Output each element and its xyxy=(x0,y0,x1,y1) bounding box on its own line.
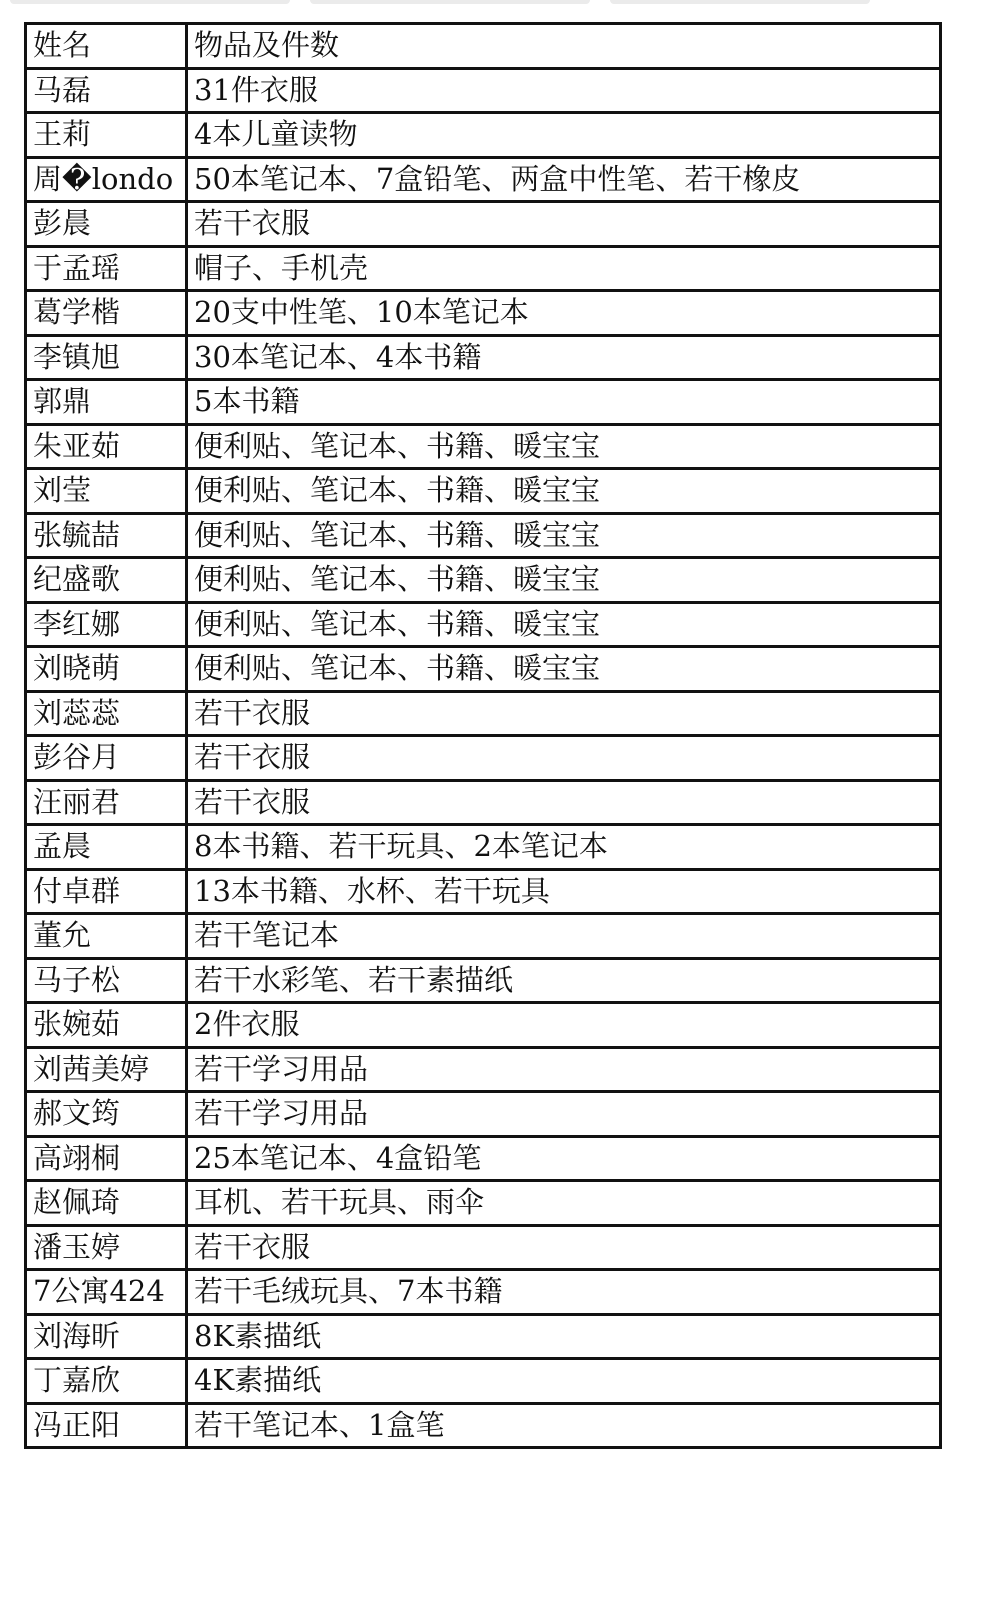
cell-name: 刘茜美婷 xyxy=(26,1047,187,1092)
cell-name: 张毓喆 xyxy=(26,513,187,558)
cell-items: 若干学习用品 xyxy=(187,1047,941,1092)
table-row: 赵佩琦耳机、若干玩具、雨伞 xyxy=(26,1181,941,1226)
cell-items: 若干笔记本 xyxy=(187,914,941,959)
table-row: 冯正阳若干笔记本、1盒笔 xyxy=(26,1403,941,1448)
table-row: 葛学楷20支中性笔、10本笔记本 xyxy=(26,291,941,336)
table-row: 刘海昕8K素描纸 xyxy=(26,1314,941,1359)
table-row: 马子松若干水彩笔、若干素描纸 xyxy=(26,958,941,1003)
cell-items: 8K素描纸 xyxy=(187,1314,941,1359)
top-shadow-strip xyxy=(0,0,991,8)
cell-items: 20支中性笔、10本笔记本 xyxy=(187,291,941,336)
top-shadow-segment xyxy=(610,0,870,4)
table-row: 刘莹便利贴、笔记本、书籍、暖宝宝 xyxy=(26,469,941,514)
cell-name: 葛学楷 xyxy=(26,291,187,336)
table-row: 7公寓424若干毛绒玩具、7本书籍 xyxy=(26,1270,941,1315)
cell-name: 刘蕊蕊 xyxy=(26,691,187,736)
cell-name: 7公寓424 xyxy=(26,1270,187,1315)
table-row: 李红娜便利贴、笔记本、书籍、暖宝宝 xyxy=(26,602,941,647)
cell-items: 若干水彩笔、若干素描纸 xyxy=(187,958,941,1003)
header-items: 物品及件数 xyxy=(187,24,941,69)
cell-items: 31件衣服 xyxy=(187,68,941,113)
cell-name: 刘莹 xyxy=(26,469,187,514)
cell-name: 朱亚茹 xyxy=(26,424,187,469)
table-row: 丁嘉欣4K素描纸 xyxy=(26,1359,941,1404)
table-row: 郭鼎5本书籍 xyxy=(26,380,941,425)
cell-items: 便利贴、笔记本、书籍、暖宝宝 xyxy=(187,424,941,469)
cell-items: 13本书籍、水杯、若干玩具 xyxy=(187,869,941,914)
table-row: 孟晨8本书籍、若干玩具、2本笔记本 xyxy=(26,825,941,870)
table-header-row: 姓名 物品及件数 xyxy=(26,24,941,69)
table-row: 于孟瑶帽子、手机壳 xyxy=(26,246,941,291)
cell-name: 丁嘉欣 xyxy=(26,1359,187,1404)
cell-items: 便利贴、笔记本、书籍、暖宝宝 xyxy=(187,647,941,692)
table-row: 张毓喆便利贴、笔记本、书籍、暖宝宝 xyxy=(26,513,941,558)
donation-table: 姓名 物品及件数 马磊31件衣服王莉4本儿童读物周�londo50本笔记本、7盒… xyxy=(24,22,942,1449)
table-row: 高翊桐25本笔记本、4盒铅笔 xyxy=(26,1136,941,1181)
top-shadow-segment xyxy=(310,0,590,4)
cell-items: 若干衣服 xyxy=(187,691,941,736)
table-row: 马磊31件衣服 xyxy=(26,68,941,113)
cell-name: 彭晨 xyxy=(26,202,187,247)
table-row: 李镇旭30本笔记本、4本书籍 xyxy=(26,335,941,380)
cell-items: 4K素描纸 xyxy=(187,1359,941,1404)
table-row: 郝文筠若干学习用品 xyxy=(26,1092,941,1137)
cell-name: 张婉茹 xyxy=(26,1003,187,1048)
cell-name: 郭鼎 xyxy=(26,380,187,425)
cell-name: 纪盛歌 xyxy=(26,558,187,603)
table-row: 刘蕊蕊若干衣服 xyxy=(26,691,941,736)
cell-items: 便利贴、笔记本、书籍、暖宝宝 xyxy=(187,469,941,514)
cell-items: 耳机、若干玩具、雨伞 xyxy=(187,1181,941,1226)
cell-items: 5本书籍 xyxy=(187,380,941,425)
table-row: 汪丽君若干衣服 xyxy=(26,780,941,825)
cell-items: 若干笔记本、1盒笔 xyxy=(187,1403,941,1448)
table-row: 王莉4本儿童读物 xyxy=(26,113,941,158)
header-name: 姓名 xyxy=(26,24,187,69)
cell-name: 刘海昕 xyxy=(26,1314,187,1359)
cell-items: 若干衣服 xyxy=(187,1225,941,1270)
cell-name: 刘晓萌 xyxy=(26,647,187,692)
table-row: 董允若干笔记本 xyxy=(26,914,941,959)
cell-name: 高翊桐 xyxy=(26,1136,187,1181)
cell-items: 若干衣服 xyxy=(187,780,941,825)
cell-items: 50本笔记本、7盒铅笔、两盒中性笔、若干橡皮 xyxy=(187,157,941,202)
cell-name: 周�londo xyxy=(26,157,187,202)
cell-name: 马子松 xyxy=(26,958,187,1003)
cell-name: 李红娜 xyxy=(26,602,187,647)
cell-items: 帽子、手机壳 xyxy=(187,246,941,291)
table-row: 纪盛歌便利贴、笔记本、书籍、暖宝宝 xyxy=(26,558,941,603)
cell-items: 8本书籍、若干玩具、2本笔记本 xyxy=(187,825,941,870)
cell-items: 若干毛绒玩具、7本书籍 xyxy=(187,1270,941,1315)
cell-name: 孟晨 xyxy=(26,825,187,870)
top-shadow-segment xyxy=(10,0,290,4)
cell-name: 郝文筠 xyxy=(26,1092,187,1137)
cell-name: 李镇旭 xyxy=(26,335,187,380)
cell-name: 马磊 xyxy=(26,68,187,113)
cell-items: 便利贴、笔记本、书籍、暖宝宝 xyxy=(187,558,941,603)
table-row: 朱亚茹便利贴、笔记本、书籍、暖宝宝 xyxy=(26,424,941,469)
cell-name: 汪丽君 xyxy=(26,780,187,825)
cell-name: 于孟瑶 xyxy=(26,246,187,291)
cell-name: 董允 xyxy=(26,914,187,959)
table-row: 张婉茹2件衣服 xyxy=(26,1003,941,1048)
table-row: 刘茜美婷若干学习用品 xyxy=(26,1047,941,1092)
cell-items: 若干学习用品 xyxy=(187,1092,941,1137)
table-row: 潘玉婷若干衣服 xyxy=(26,1225,941,1270)
cell-name: 王莉 xyxy=(26,113,187,158)
cell-name: 冯正阳 xyxy=(26,1403,187,1448)
cell-items: 便利贴、笔记本、书籍、暖宝宝 xyxy=(187,513,941,558)
table-row: 彭谷月若干衣服 xyxy=(26,736,941,781)
cell-items: 便利贴、笔记本、书籍、暖宝宝 xyxy=(187,602,941,647)
cell-name: 潘玉婷 xyxy=(26,1225,187,1270)
cell-items: 若干衣服 xyxy=(187,202,941,247)
cell-items: 若干衣服 xyxy=(187,736,941,781)
cell-items: 2件衣服 xyxy=(187,1003,941,1048)
cell-name: 赵佩琦 xyxy=(26,1181,187,1226)
table-row: 付卓群13本书籍、水杯、若干玩具 xyxy=(26,869,941,914)
cell-items: 4本儿童读物 xyxy=(187,113,941,158)
cell-items: 30本笔记本、4本书籍 xyxy=(187,335,941,380)
cell-name: 彭谷月 xyxy=(26,736,187,781)
table-row: 彭晨若干衣服 xyxy=(26,202,941,247)
table-row: 周�londo50本笔记本、7盒铅笔、两盒中性笔、若干橡皮 xyxy=(26,157,941,202)
table-row: 刘晓萌便利贴、笔记本、书籍、暖宝宝 xyxy=(26,647,941,692)
cell-items: 25本笔记本、4盒铅笔 xyxy=(187,1136,941,1181)
cell-name: 付卓群 xyxy=(26,869,187,914)
